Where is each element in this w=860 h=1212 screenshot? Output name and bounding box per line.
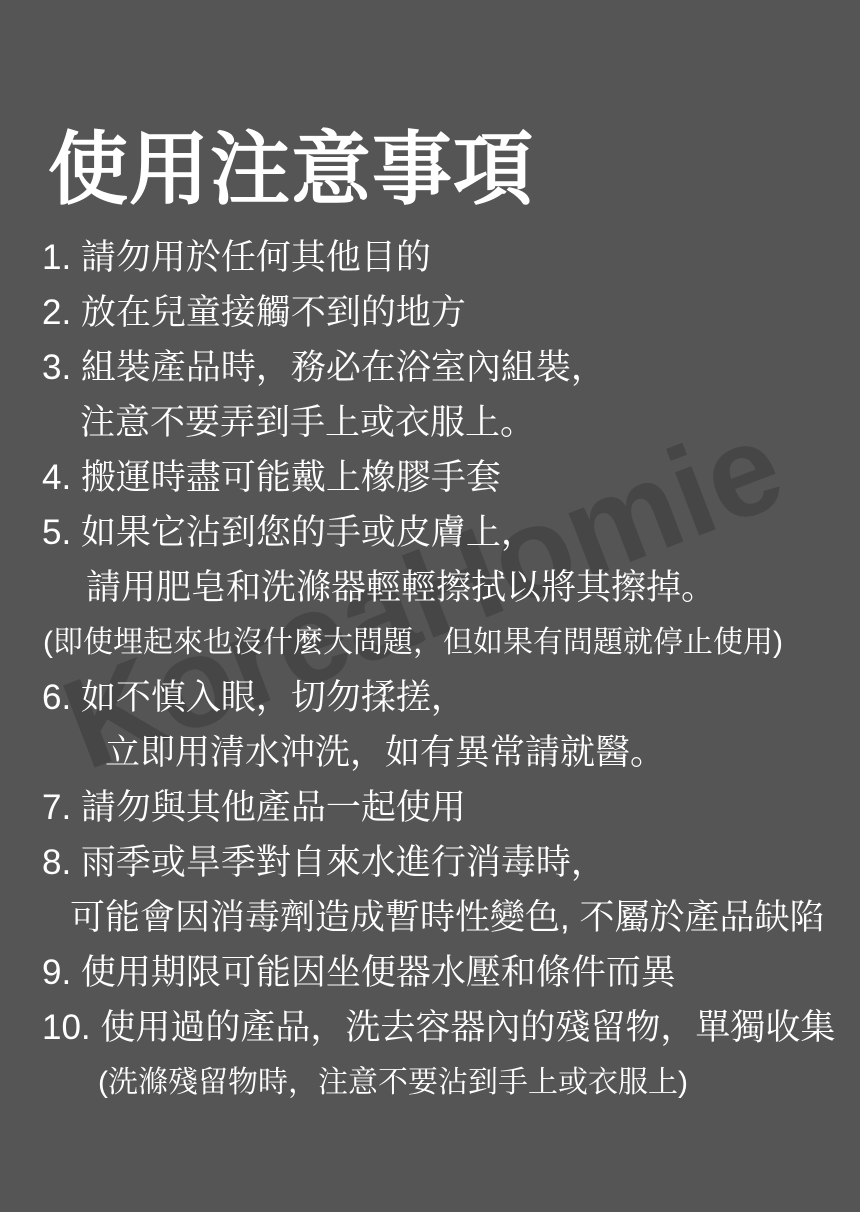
instructions-page: KoreaHomie 使用注意事項 1. 請勿用於任何其他目的 2. 放在兒童接… [0,0,860,1212]
instruction-line-7: 7. 請勿與其他產品一起使用 [0,780,860,835]
instruction-line-2: 2. 放在兒童接觸不到的地方 [0,285,860,340]
instruction-line-8: 8. 雨季或旱季對自來水進行消毒時， [0,835,860,890]
instruction-line-6: 6. 如不慎入眼，切勿揉搓， [0,670,860,725]
instruction-line-5: 5. 如果它沾到您的手或皮膚上， [0,505,860,560]
instruction-line-10-note: (洗滌殘留物時，注意不要沾到手上或衣服上) [0,1055,860,1110]
page-title: 使用注意事項 [48,122,534,218]
instruction-line-5-cont: 請用肥皂和洗滌器輕輕擦拭以將其擦掉。 [0,560,860,615]
instruction-line-3: 3. 組裝產品時，務必在浴室內組裝， [0,340,860,395]
instruction-line-10: 10. 使用過的產品，洗去容器內的殘留物，單獨收集 [0,1000,860,1055]
instruction-line-6-cont: 立即用清水沖洗，如有異常請就醫。 [0,725,860,780]
instruction-line-8-cont: 可能會因消毒劑造成暫時性變色, 不屬於產品缺陷 [0,890,860,945]
instruction-line-9: 9. 使用期限可能因坐便器水壓和條件而異 [0,945,860,1000]
instruction-line-3-cont: 注意不要弄到手上或衣服上。 [0,395,860,450]
instruction-line-4: 4. 搬運時盡可能戴上橡膠手套 [0,450,860,505]
instruction-line-1: 1. 請勿用於任何其他目的 [0,230,860,285]
instruction-line-5-note: (即使埋起來也沒什麼大問題，但如果有問題就停止使用) [0,615,860,670]
instruction-list: 1. 請勿用於任何其他目的 2. 放在兒童接觸不到的地方 3. 組裝產品時，務必… [0,230,860,1110]
